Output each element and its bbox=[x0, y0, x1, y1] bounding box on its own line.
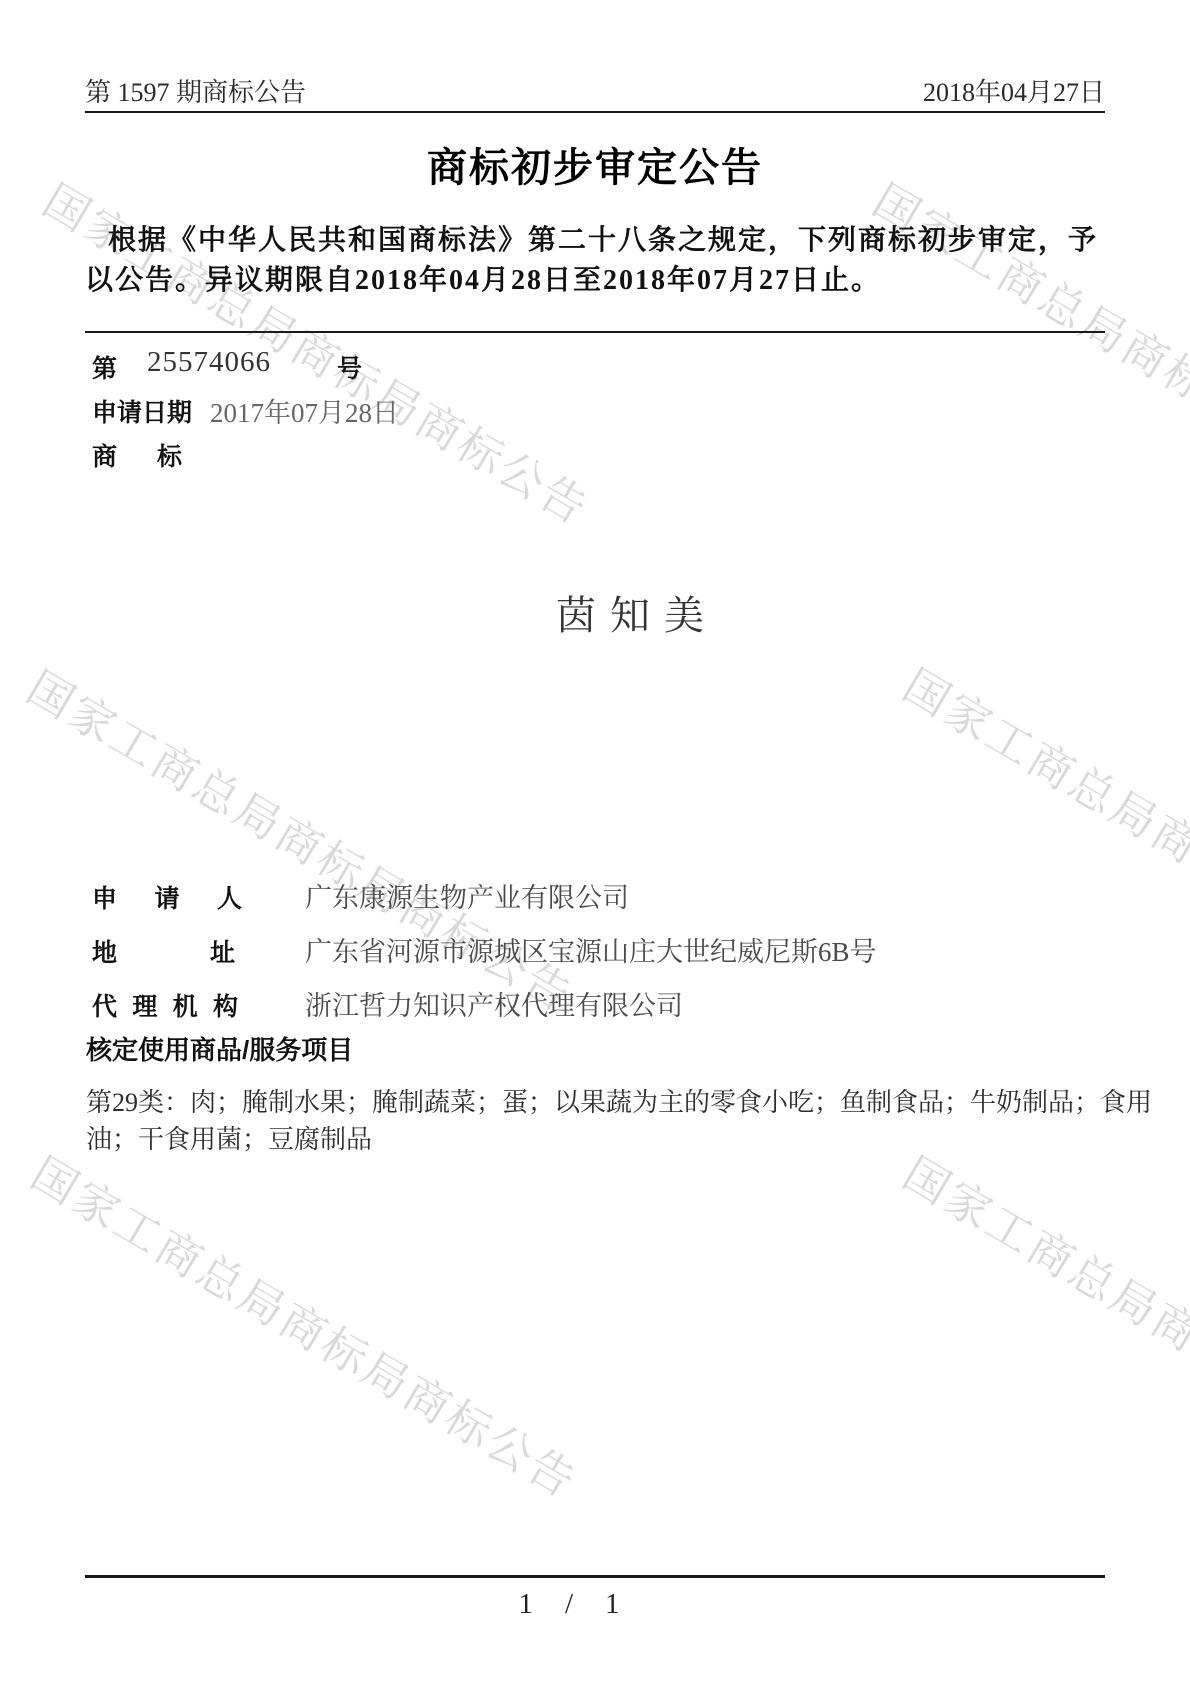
intro-line-2: 以公告。异议期限自2018年04月28日至2018年07月27日止。 bbox=[85, 261, 1125, 301]
page-title: 商标初步审定公告 bbox=[85, 136, 1105, 193]
section-divider bbox=[85, 331, 1105, 333]
address-label: 地址 bbox=[92, 933, 235, 969]
trademark-label: 商标 bbox=[92, 437, 182, 473]
footer-divider bbox=[85, 1575, 1105, 1578]
goods-services-heading: 核定使用商品/服务项目 bbox=[86, 1030, 353, 1067]
trademark-name: 茵知美 bbox=[556, 584, 718, 641]
intro-paragraph: 根据《中华人民共和国商标法》第二十八条之规定，下列商标初步审定，予 以公告。异议… bbox=[85, 221, 1125, 301]
page-number-separator: / bbox=[565, 1588, 573, 1621]
page-number: 1 / 1 bbox=[59, 1588, 1079, 1621]
watermark-text: 国家工商总局商标局商标公告 bbox=[893, 650, 1190, 1023]
watermark-text: 国家工商总局商标局商标公告 bbox=[21, 1138, 592, 1511]
header-issue-number: 第 1597 期商标公告 bbox=[85, 72, 306, 109]
registration-number-value: 25574066 bbox=[147, 346, 271, 379]
current-page-number: 1 bbox=[518, 1588, 533, 1621]
applicant-name: 广东康源生物产业有限公司 bbox=[305, 876, 629, 915]
applicant-label: 申请人 bbox=[92, 879, 242, 915]
address-value: 广东省河源市源城区宝源山庄大世纪威尼斯6B号 bbox=[305, 930, 877, 969]
header-date: 2018年04月27日 bbox=[923, 72, 1105, 109]
gazette-page: 国家工商总局商标局商标公告 国家工商总局商标局商标公告 国家工商总局商标局商标公… bbox=[0, 0, 1190, 1684]
application-date-label: 申请日期 bbox=[92, 393, 192, 429]
header-divider bbox=[85, 111, 1105, 113]
registration-number-prefix-label: 第 bbox=[92, 349, 117, 385]
total-page-count: 1 bbox=[605, 1588, 620, 1621]
agency-value: 浙江哲力知识产权代理有限公司 bbox=[305, 984, 683, 1023]
agency-label: 代理机构 bbox=[92, 987, 238, 1023]
intro-line-1: 根据《中华人民共和国商标法》第二十八条之规定，下列商标初步审定，予 bbox=[85, 221, 1125, 261]
goods-list-line-1: 第29类：肉；腌制水果；腌制蔬菜；蛋；以果蔬为主的零食小吃；鱼制食品；牛奶制品；… bbox=[86, 1082, 1152, 1119]
application-date-value: 2017年07月28日 bbox=[210, 391, 399, 430]
watermark-text: 国家工商总局商标局商标公告 bbox=[893, 1138, 1190, 1511]
registration-number-suffix-label: 号 bbox=[337, 349, 362, 385]
goods-list-line-2: 油；干食用菌；豆腐制品 bbox=[86, 1119, 372, 1156]
